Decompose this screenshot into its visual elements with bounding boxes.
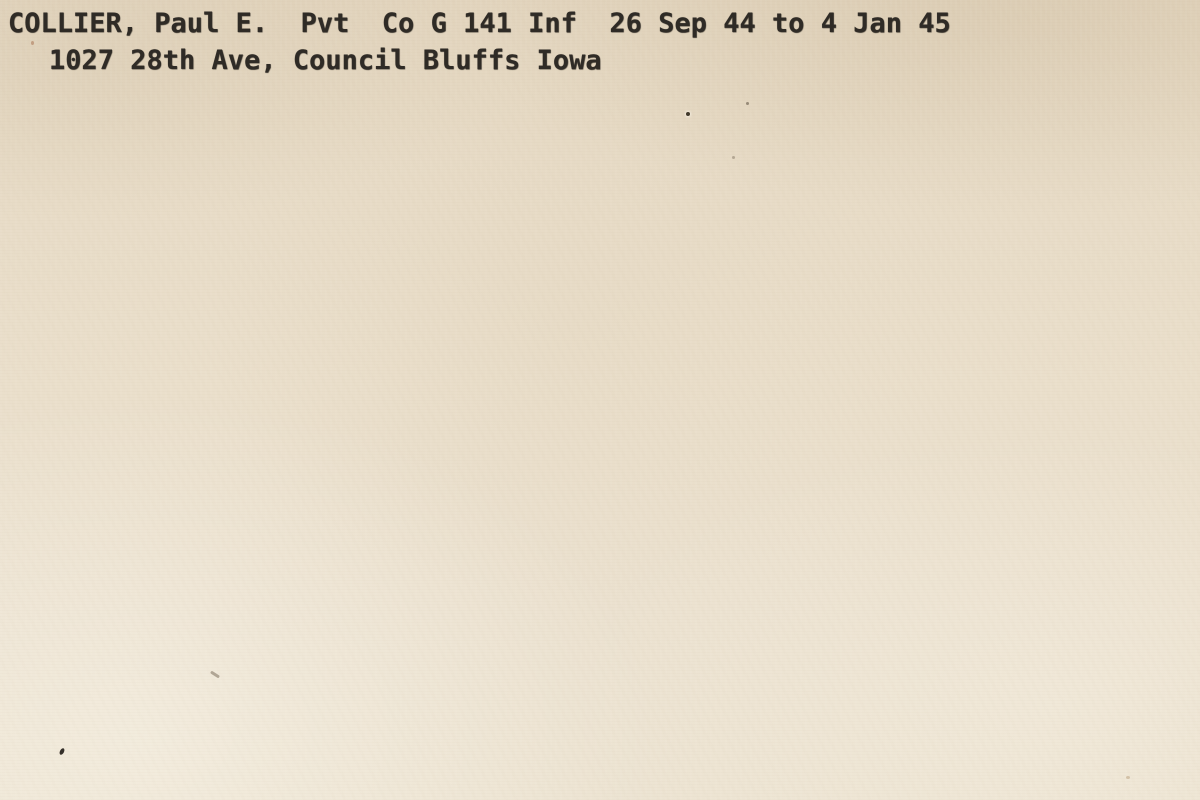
dust-speck [59, 747, 66, 755]
dust-speck [686, 112, 690, 116]
scratch-mark [210, 671, 220, 679]
index-card: COLLIER, Paul E. Pvt Co G 141 Inf 26 Sep… [0, 0, 1200, 800]
dust-speck [732, 156, 735, 159]
card-line-service-record: COLLIER, Paul E. Pvt Co G 141 Inf 26 Sep… [8, 10, 951, 37]
dust-speck [31, 41, 34, 45]
dust-speck [746, 102, 749, 105]
card-line-address: 1027 28th Ave, Council Bluffs Iowa [49, 47, 602, 74]
paper-grain-texture [0, 0, 1200, 800]
dust-speck [1126, 776, 1130, 779]
